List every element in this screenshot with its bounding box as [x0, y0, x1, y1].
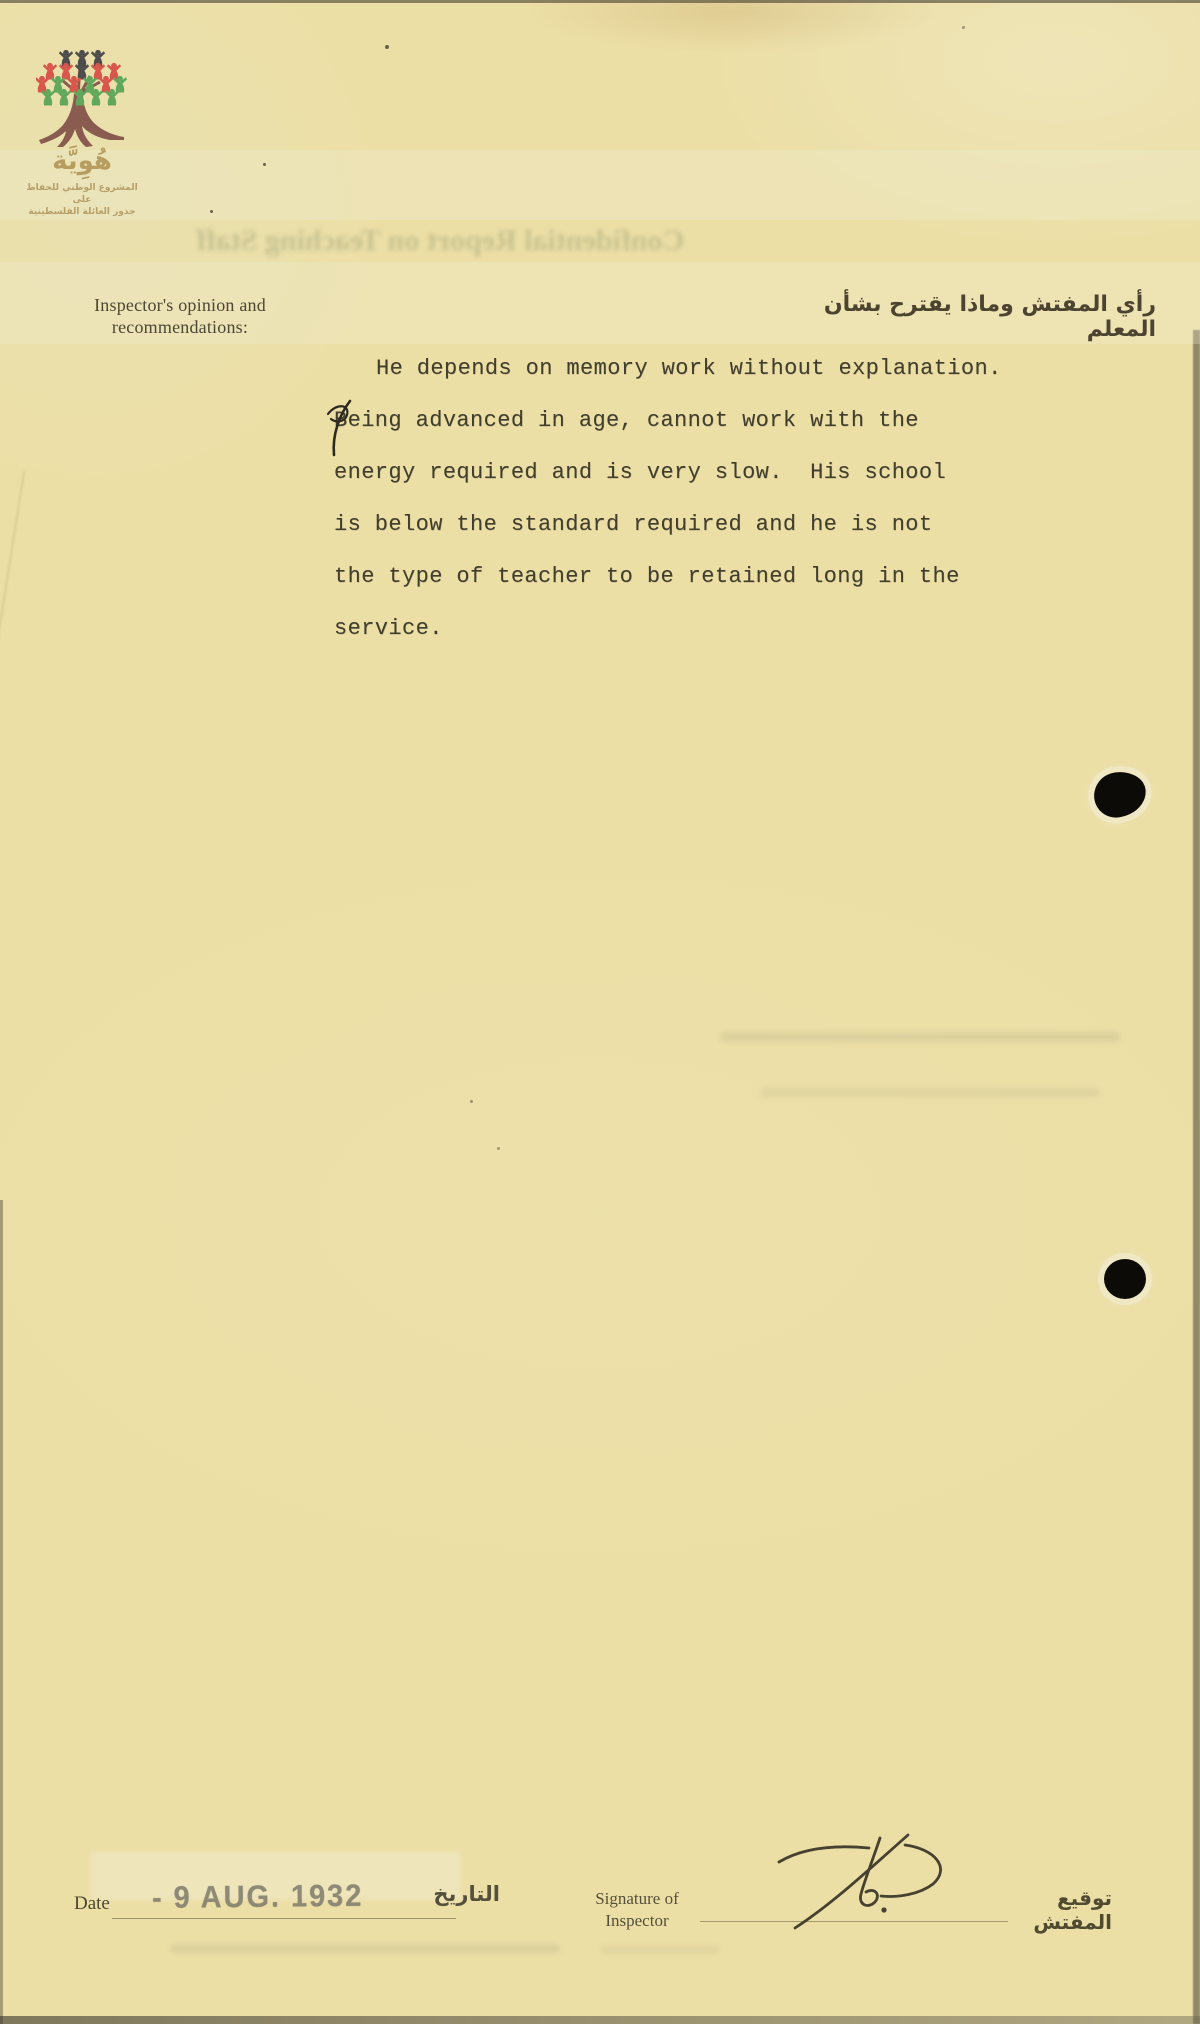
remarks-line: energy required and is very slow. His sc… — [334, 460, 1054, 512]
remarks-line: the type of teacher to be retained long … — [334, 564, 1054, 616]
bleed-through-mark — [720, 1032, 1120, 1042]
left-edge-shadow — [0, 1200, 3, 2024]
remarks-line: service. — [334, 616, 1054, 668]
pen-stroke-mark — [320, 398, 358, 458]
date-label-ar: التاريخ — [420, 1882, 500, 1906]
logo-tagline-line1: المشروع الوطني للحفاظ على — [16, 182, 148, 206]
typewritten-remarks: He depends on memory work without explan… — [334, 356, 1054, 668]
paper-speck — [497, 1147, 500, 1150]
inspector-opinion-label-line2: recommendations: — [64, 316, 296, 338]
archive-logo-tree — [36, 50, 128, 152]
paper-speck — [263, 163, 266, 166]
remarks-line: He depends on memory work without explan… — [334, 356, 1054, 408]
signature-label-line1: Signature of — [572, 1888, 702, 1910]
paper-speck — [470, 1100, 473, 1103]
date-stamp: - 9 AUG. 1932 — [152, 1878, 364, 1916]
paper-speck — [385, 45, 389, 49]
inspector-signature — [765, 1832, 975, 1937]
tree-canopy-figures — [36, 50, 127, 106]
top-edge-shadow — [0, 0, 1200, 3]
bleed-through-mark — [760, 1088, 1100, 1097]
bleed-through-mark — [170, 1944, 560, 1953]
signature-label: Signature of Inspector — [572, 1888, 702, 1932]
hole-punch-top — [1091, 769, 1149, 821]
bleed-through-mark — [600, 1946, 720, 1954]
document-page: Confidential Report on Teaching Staff هُ… — [0, 0, 1200, 2024]
inspector-opinion-label-en: Inspector's opinion and recommendations: — [64, 294, 296, 338]
logo-wordmark-arabic: هُوِيَّة — [30, 146, 134, 176]
paper-crease — [0, 471, 25, 689]
signature-label-line2: Inspector — [572, 1910, 702, 1932]
bleed-through-title: Confidential Report on Teaching Staff — [150, 224, 730, 258]
right-edge-shadow — [1193, 330, 1200, 2024]
signature-label-ar: توقيع المفتش — [1000, 1886, 1112, 1934]
hole-punch-bottom — [1104, 1259, 1146, 1299]
bottom-edge-shadow — [0, 2016, 1200, 2024]
remarks-line: Being advanced in age, cannot work with … — [334, 408, 1054, 460]
date-line — [112, 1918, 456, 1919]
logo-tagline-line2: جذور العائلة الفلسطينية — [16, 206, 148, 218]
logo-tagline: المشروع الوطني للحفاظ على جذور العائلة ا… — [16, 182, 148, 218]
light-band-upper — [0, 150, 1200, 220]
inspector-opinion-label-ar: رأي المفتش وماذا يقترح بشأن المعلم — [796, 292, 1156, 342]
date-label: Date — [74, 1893, 110, 1915]
inspector-opinion-label-line1: Inspector's opinion and — [64, 294, 296, 316]
paper-speck — [210, 210, 213, 213]
paper-speck — [962, 26, 965, 29]
remarks-line: is below the standard required and he is… — [334, 512, 1054, 564]
